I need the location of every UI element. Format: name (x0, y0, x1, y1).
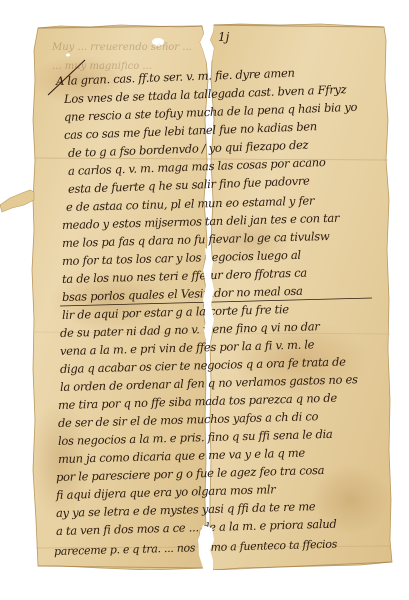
hole (152, 38, 164, 46)
manuscript-page: 1j Muy ... rreuerendo señor ... ... muy … (0, 0, 409, 600)
torn-flap (0, 190, 34, 212)
folio-number: 1j (218, 30, 229, 44)
hole (66, 54, 70, 57)
paper-sheet (0, 0, 409, 600)
